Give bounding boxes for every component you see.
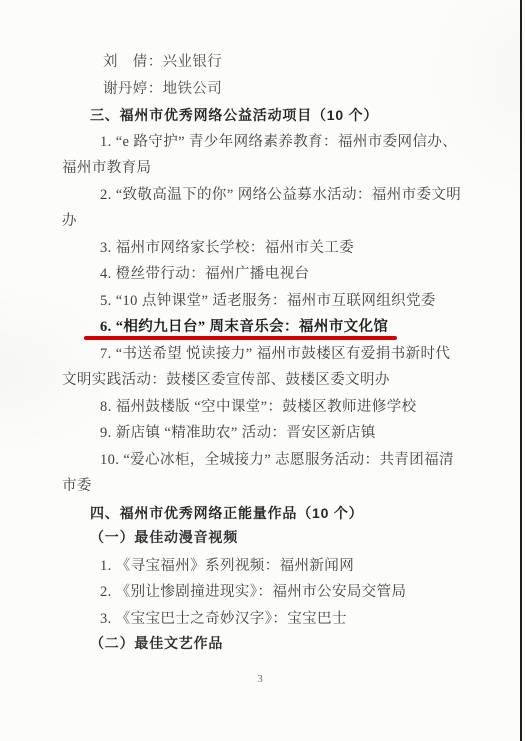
text-line-6: 2. “致敬高温下的你” 网络公益募水活动：福州市委文明 (62, 182, 466, 209)
text-line-23: （二）最佳文艺作品 (62, 632, 466, 659)
text-line-10: 5. “10 点钟课堂” 适老服务：福州市互联网组织党委 (62, 288, 466, 315)
text-line-2: 谢丹婷：地铁公司 (62, 76, 466, 103)
text-line-16: 10. “爱心冰柜，全城接力” 志愿服务活动：共青团福清 (62, 447, 466, 474)
text-line-17: 市委 (62, 473, 466, 500)
document-body: 刘 倩：兴业银行谢丹婷：地铁公司三、福州市优秀网络公益活动项目（10 个）1. … (62, 49, 466, 659)
scan-edge-line (520, 0, 522, 741)
text-line-7: 办 (62, 208, 466, 235)
scanned-document-page: 刘 倩：兴业银行谢丹婷：地铁公司三、福州市优秀网络公益活动项目（10 个）1. … (0, 0, 525, 741)
page-number: 3 (0, 673, 521, 685)
text-line-9: 4. 橙丝带行动：福州广播电视台 (62, 261, 466, 288)
text-line-21: 2. 《别让惨剧撞进现实》：福州市公安局交管局 (62, 579, 466, 606)
text-line-18: 四、福州市优秀网络正能量作品（10 个） (62, 500, 466, 527)
text-line-20: 1. 《寻宝福州》系列视频：福州新闻网 (62, 553, 466, 580)
text-line-5: 福州市教育局 (62, 155, 466, 182)
text-line-1: 刘 倩：兴业银行 (62, 49, 466, 76)
text-line-13: 文明实践活动：鼓楼区委宣传部、鼓楼区委文明办 (62, 367, 466, 394)
text-line-3: 三、福州市优秀网络公益活动项目（10 个） (62, 102, 466, 129)
text-line-12: 7. “书送希望 悦读接力” 福州市鼓楼区有爱捐书新时代 (62, 341, 466, 368)
text-line-14: 8. 福州鼓楼版 “空中课堂”：鼓楼区教师进修学校 (62, 394, 466, 421)
text-line-11: 6. “相约九日台” 周末音乐会：福州市文化馆 (62, 314, 466, 341)
red-underline (84, 336, 397, 341)
text-line-19: （一）最佳动漫音视频 (62, 526, 466, 553)
text-line-8: 3. 福州市网络家长学校：福州市关工委 (62, 235, 466, 262)
text-line-4: 1. “e 路守护” 青少年网络素养教育：福州市委网信办、 (62, 129, 466, 156)
text-line-22: 3. 《宝宝巴士之奇妙汉字》：宝宝巴士 (62, 606, 466, 633)
text-line-15: 9. 新店镇 “精准助农” 活动：晋安区新店镇 (62, 420, 466, 447)
